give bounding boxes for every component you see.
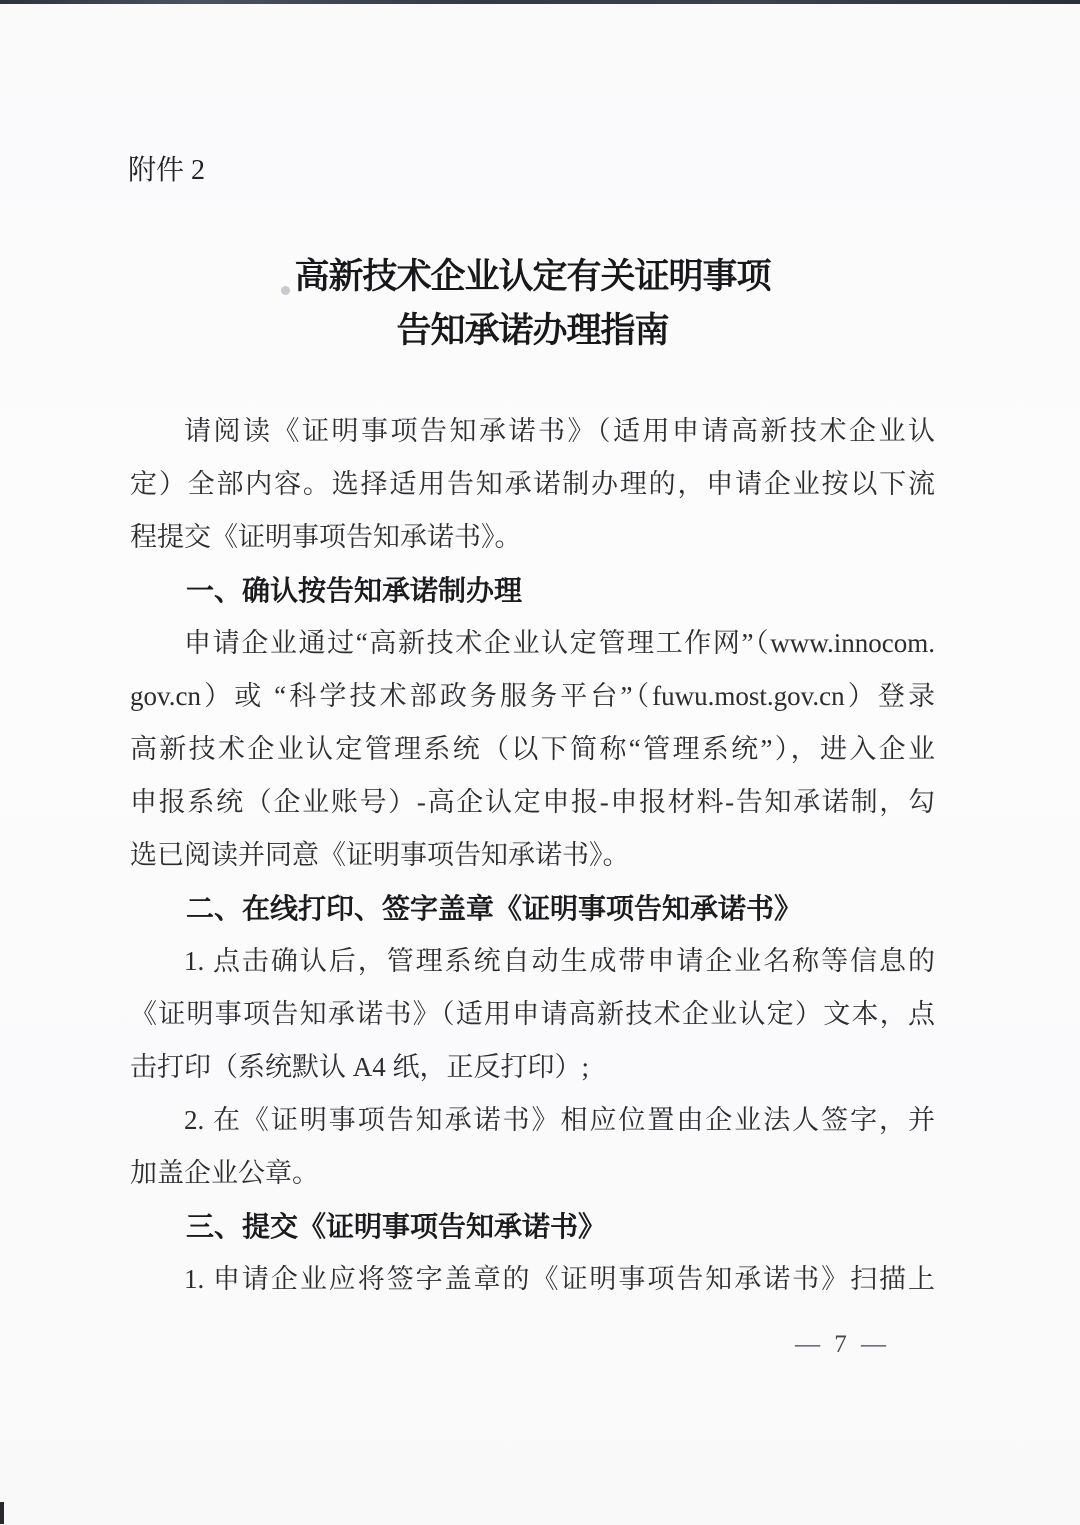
- text-line: 申报系统（企业账号）-高企认定申报-申报材料-告知承诺制，勾: [130, 776, 935, 829]
- section-heading: 一、确认按告知承诺制办理: [130, 564, 935, 617]
- page-number: — 7 —: [795, 1330, 890, 1360]
- scanned-document-page: 附件 2 高新技术企业认定有关证明事项 告知承诺办理指南 请阅读《证明事项告知承…: [0, 0, 1080, 1525]
- text-line: 《证明事项告知承诺书》（适用申请高新技术企业认定）文本，点: [130, 988, 935, 1041]
- text-line: 程提交《证明事项告知承诺书》。: [130, 511, 935, 564]
- text-line: 申请企业通过“高新技术企业认定管理工作网”（www.innocom.: [130, 617, 935, 670]
- document-title: 高新技术企业认定有关证明事项 告知承诺办理指南: [130, 250, 935, 358]
- title-line-2: 告知承诺办理指南: [130, 304, 935, 358]
- attachment-label: 附件 2: [128, 156, 205, 186]
- text-line: 请阅读《证明事项告知承诺书》（适用申请高新技术企业认: [130, 405, 935, 458]
- text-line: 2. 在《证明事项告知承诺书》相应位置由企业法人签字，并: [130, 1094, 935, 1147]
- section-heading: 二、在线打印、签字盖章《证明事项告知承诺书》: [130, 882, 935, 935]
- document-body: 请阅读《证明事项告知承诺书》（适用申请高新技术企业认定）全部内容。选择适用告知承…: [130, 405, 935, 1306]
- text-line: 加盖企业公章。: [130, 1147, 935, 1200]
- scan-edge-top: [0, 0, 1080, 4]
- text-line: 定）全部内容。选择适用告知承诺制办理的，申请企业按以下流: [130, 458, 935, 511]
- text-line: 击打印（系统默认 A4 纸，正反打印）;: [130, 1041, 935, 1094]
- title-line-1: 高新技术企业认定有关证明事项: [130, 250, 935, 304]
- text-line: 高新技术企业认定管理系统（以下简称“管理系统”），进入企业: [130, 723, 935, 776]
- text-line: gov.cn）或 “科学技术部政务服务平台”（fuwu.most.gov.cn）…: [130, 670, 935, 723]
- text-line: 选已阅读并同意《证明事项告知承诺书》。: [130, 829, 935, 882]
- text-line: 1. 申请企业应将签字盖章的《证明事项告知承诺书》扫描上: [130, 1253, 935, 1306]
- text-line: 1. 点击确认后，管理系统自动生成带申请企业名称等信息的: [130, 935, 935, 988]
- section-heading: 三、提交《证明事项告知承诺书》: [130, 1200, 935, 1253]
- scan-edge-mark: [0, 1502, 4, 1524]
